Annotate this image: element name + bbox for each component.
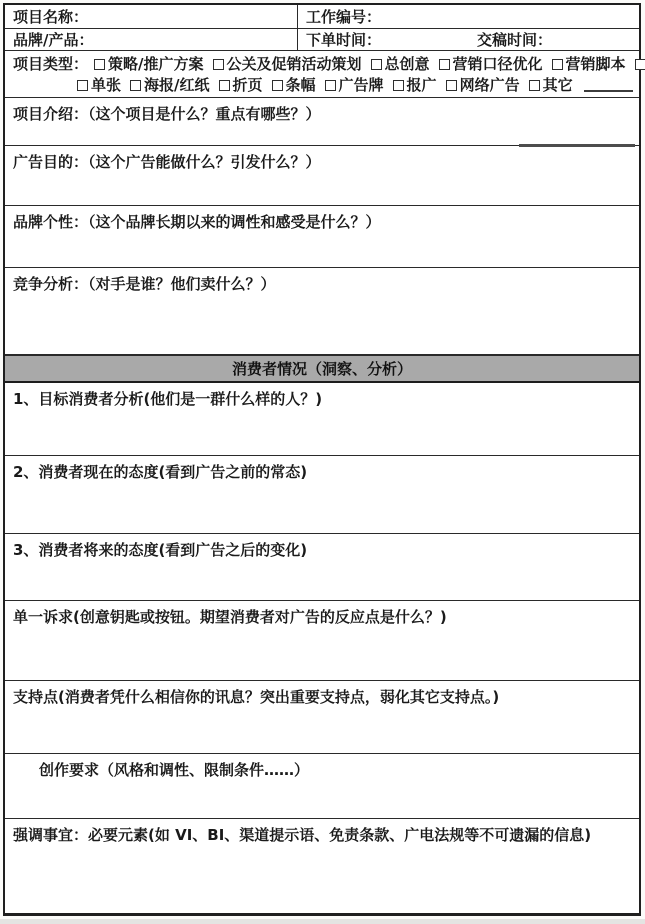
checkbox-option: 营销口径优化	[439, 54, 543, 75]
field-brand-personality: 品牌个性：（这个品牌长期以来的调性和感受是什么？）	[5, 206, 639, 268]
checkbox-option: 海报/红纸	[130, 75, 209, 96]
checkbox-option: 报广	[393, 75, 437, 96]
brand-product-cell: 品牌/产品：	[5, 29, 298, 50]
field-consumer-future-attitude: 3、消费者将来的态度(看到广告之后的变化)	[5, 534, 639, 601]
field-emphasis-items: 强调事宜：必要元素(如 VI、BI、渠道提示语、免责条款、广电法规等不可遗漏的信…	[5, 819, 639, 913]
checkbox-label: 广告牌	[339, 75, 384, 96]
section-header-title: 消费者情况（洞察、分析）	[232, 358, 412, 379]
field-label: 单一诉求(创意钥匙或按钮。期望消费者对广告的反应点是什么？)	[13, 608, 447, 626]
field-label: 1、目标消费者分析(他们是一群什么样的人？)	[13, 390, 322, 408]
project-type-line1: 项目类型： 策略/推广方案 公关及促销活动策划 总创意 营销口径优化 营销脚本 …	[13, 54, 633, 75]
checkbox-icon[interactable]	[219, 80, 230, 91]
field-support-points: 支持点(消费者凭什么相信你的讯息？突出重要支持点，弱化其它支持点。)	[5, 681, 639, 754]
field-label: 2、消费者现在的态度(看到广告之前的常态)	[13, 463, 307, 481]
job-number-label: 工作编号：	[306, 6, 381, 27]
checkbox-label: 策略/推广方案	[108, 54, 203, 75]
field-label: 创作要求（风格和调性、限制条件……）	[39, 761, 309, 779]
checkbox-option: 策略/推广方案	[94, 54, 203, 75]
field-creative-requirements: 创作要求（风格和调性、限制条件……）	[5, 754, 639, 819]
field-target-consumer-analysis: 1、目标消费者分析(他们是一群什么样的人？)	[5, 383, 639, 456]
project-type-label: 项目类型：	[13, 54, 88, 75]
checkbox-label: 条幅	[286, 75, 316, 96]
checkbox-label: 网络广告	[460, 75, 520, 96]
checkbox-icon[interactable]	[371, 59, 382, 70]
row-brand-product: 品牌/产品： 下单时间： 交稿时间：	[5, 29, 639, 51]
checkbox-label: 海报/红纸	[144, 75, 209, 96]
checkbox-icon[interactable]	[94, 59, 105, 70]
checkbox-option: 公关及促销活动策划	[213, 54, 362, 75]
row-project-name: 项目名称： 工作编号：	[5, 5, 639, 29]
checkbox-icon[interactable]	[325, 80, 336, 91]
brand-product-label: 品牌/产品：	[13, 29, 93, 50]
job-number-cell: 工作编号：	[298, 5, 639, 28]
consumer-section-header: 消费者情况（洞察、分析）	[5, 356, 639, 383]
field-label: 支持点(消费者凭什么相信你的讯息？突出重要支持点，弱化其它支持点。)	[13, 688, 499, 706]
field-label: 竞争分析：（对手是谁？他们卖什么？）	[13, 275, 276, 293]
checkbox-option: 总创意	[371, 54, 430, 75]
checkbox-label: 报广	[407, 75, 437, 96]
checkbox-option: 折页	[219, 75, 263, 96]
project-name-cell: 项目名称：	[5, 5, 298, 28]
checkbox-icon[interactable]	[130, 80, 141, 91]
field-ad-purpose: 广告目的：（这个广告能做什么？引发什么？）	[5, 146, 639, 206]
checkbox-option: 其它	[529, 75, 573, 96]
checkbox-option: 网络广告	[446, 75, 520, 96]
checkbox-label: 公关及促销活动策划	[227, 54, 362, 75]
checkbox-icon[interactable]	[393, 80, 404, 91]
project-type-line2: 单张 海报/红纸 折页 条幅 广告牌 报广 网络广告 其它	[13, 75, 633, 96]
checkbox-label: 折页	[233, 75, 263, 96]
checkbox-label: 单张	[91, 75, 121, 96]
field-label: 广告目的：（这个广告能做什么？引发什么？）	[13, 153, 321, 171]
checkbox-icon[interactable]	[635, 59, 645, 70]
field-label: 3、消费者将来的态度(看到广告之后的变化)	[13, 541, 307, 559]
scan-underline-mark	[519, 144, 635, 147]
checkbox-label: 营销脚本	[566, 54, 626, 75]
field-label: 项目介绍：（这个项目是什么？重点有哪些？）	[13, 105, 321, 123]
checkbox-label: 总创意	[385, 54, 430, 75]
field-project-intro: 项目介绍：（这个项目是什么？重点有哪些？）	[5, 98, 639, 146]
scanned-brief-form-page: 项目名称： 工作编号： 品牌/产品： 下单时间： 交稿时间： 项目类型： 策略/…	[0, 0, 645, 924]
scan-edge-strip	[0, 919, 645, 924]
field-label: 强调事宜：必要元素(如 VI、BI、渠道提示语、免责条款、广电法规等不可遗漏的信…	[13, 826, 591, 844]
other-fill-underline	[584, 79, 633, 92]
brief-form-table: 项目名称： 工作编号： 品牌/产品： 下单时间： 交稿时间： 项目类型： 策略/…	[3, 3, 641, 916]
checkbox-icon[interactable]	[439, 59, 450, 70]
checkbox-icon[interactable]	[213, 59, 224, 70]
order-time-label: 下单时间：	[306, 29, 381, 50]
checkbox-option: 营销脚本	[552, 54, 626, 75]
project-name-label: 项目名称：	[13, 6, 88, 27]
checkbox-label: 营销口径优化	[453, 54, 543, 75]
checkbox-label: 其它	[543, 75, 573, 96]
checkbox-option: 单张	[77, 75, 121, 96]
field-label: 品牌个性：（这个品牌长期以来的调性和感受是什么？）	[13, 213, 381, 231]
checkbox-option: 条幅	[272, 75, 316, 96]
checkbox-icon[interactable]	[77, 80, 88, 91]
field-single-proposition: 单一诉求(创意钥匙或按钮。期望消费者对广告的反应点是什么？)	[5, 601, 639, 681]
field-consumer-current-attitude: 2、消费者现在的态度(看到广告之前的常态)	[5, 456, 639, 534]
checkbox-option: 广告牌	[325, 75, 384, 96]
checkbox-icon[interactable]	[552, 59, 563, 70]
checkbox-option: 软文	[635, 54, 645, 75]
checkbox-icon[interactable]	[272, 80, 283, 91]
checkbox-icon[interactable]	[446, 80, 457, 91]
row-project-type: 项目类型： 策略/推广方案 公关及促销活动策划 总创意 营销口径优化 营销脚本 …	[5, 51, 639, 98]
checkbox-icon[interactable]	[529, 80, 540, 91]
field-competitive-analysis: 竞争分析：（对手是谁？他们卖什么？）	[5, 268, 639, 356]
times-cell: 下单时间： 交稿时间：	[298, 29, 639, 50]
deadline-label: 交稿时间：	[477, 29, 552, 50]
